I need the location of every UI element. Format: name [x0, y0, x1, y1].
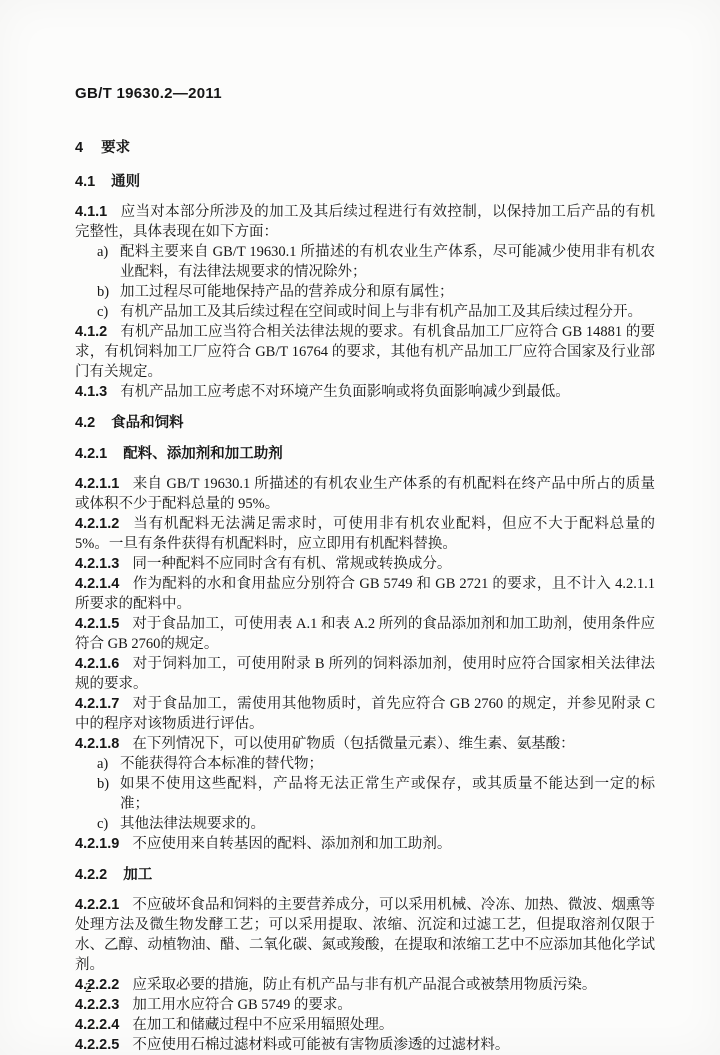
list-marker: c): [97, 814, 120, 834]
clause-text: 不能获得符合本标准的替代物；: [120, 754, 655, 774]
clause-number: 4.2.2.1: [75, 897, 119, 913]
clause-4.2.1.8: 4.2.1.8在下列情况下，可以使用矿物质（包括微量元素）、维生素、氨基酸：: [75, 734, 655, 754]
clause-text: 有机产品加工及其后续过程在空间或时间上与非有机产品加工及其后续过程分开。: [120, 302, 655, 322]
list-item-a: a)不能获得符合本标准的替代物；: [75, 754, 655, 774]
clause-4.2.2.5: 4.2.2.5不应使用石棉过滤材料或可能被有害物质渗透的过滤材料。: [75, 1035, 655, 1055]
clause-number: 4.1.2: [75, 324, 107, 340]
clause-number: 4.2.1.4: [75, 576, 119, 592]
clause-4.2.1.3: 4.2.1.3同一种配料不应同时含有有机、常规或转换成分。: [75, 554, 655, 574]
clause-text: 有机产品加工应考虑不对环境产生负面影响或将负面影响减少到最低。: [120, 384, 570, 400]
clause-number: 4.2.1.9: [75, 836, 119, 852]
clause-text: 同一种配料不应同时含有有机、常规或转换成分。: [132, 556, 451, 572]
clause-4.1.1: 4.1.1应当对本部分所涉及的加工及其后续过程进行有效控制，以保持加工后产品的有…: [75, 202, 655, 242]
heading-4.1: 4.1通则: [75, 172, 655, 192]
clause-number: 4.2: [75, 415, 95, 431]
list-marker: b): [97, 282, 120, 302]
clause-number: 4.2.2.4: [75, 1017, 119, 1033]
clause-number: 4.2.1.2: [75, 516, 119, 532]
clause-number: 4.2.1.3: [75, 556, 119, 572]
clause-4.2.2.1: 4.2.2.1不应破坏食品和饲料的主要营养成分，可以采用机械、冷冻、加热、微波、…: [75, 895, 655, 975]
clause-text: 对于饲料加工，可使用附录 B 所列的饲料添加剂，使用时应符合国家相关法律法规的要…: [75, 656, 655, 692]
clause-text: 不应使用来自转基因的配料、添加剂和加工助剂。: [132, 836, 451, 852]
clause-text: 加工用水应符合 GB 5749 的要求。: [132, 997, 352, 1013]
clause-number: 4.2.2: [75, 867, 107, 883]
document-body: 4要求4.1通则4.1.1应当对本部分所涉及的加工及其后续过程进行有效控制，以保…: [75, 138, 655, 1055]
clause-4.2.1.1: 4.2.1.1来自 GB/T 19630.1 所描述的有机农业生产体系的有机配料…: [75, 474, 655, 514]
clause-4.2.1.5: 4.2.1.5对于食品加工，可使用表 A.1 和表 A.2 所列的食品添加剂和加…: [75, 614, 655, 654]
standard-number-header: GB/T 19630.2—2011: [75, 84, 655, 104]
clause-number: 4.1.3: [75, 384, 107, 400]
clause-number: 4.2.2.3: [75, 997, 119, 1013]
clause-text: 来自 GB/T 19630.1 所描述的有机农业生产体系的有机配料在终产品中所占…: [75, 476, 655, 512]
list-marker: c): [97, 302, 120, 322]
clause-text: 应当对本部分所涉及的加工及其后续过程进行有效控制，以保持加工后产品的有机完整性，…: [75, 204, 655, 240]
list-item-c: c)有机产品加工及其后续过程在空间或时间上与非有机产品加工及其后续过程分开。: [75, 302, 655, 322]
heading-text: 配料、添加剂和加工助剂: [123, 446, 283, 462]
clause-4.2.2.3: 4.2.2.3加工用水应符合 GB 5749 的要求。: [75, 995, 655, 1015]
clause-text: 有机产品加工应当符合相关法律法规的要求。有机食品加工厂应符合 GB 14881 …: [75, 324, 655, 380]
list-marker: a): [97, 754, 120, 774]
clause-number: 4.2.1.6: [75, 656, 119, 672]
clause-number: 4: [75, 140, 83, 156]
clause-number: 4.2.1.1: [75, 476, 119, 492]
heading-4.2: 4.2食品和饲料: [75, 413, 655, 433]
clause-text: 不应使用石棉过滤材料或可能被有害物质渗透的过滤材料。: [132, 1037, 509, 1053]
clause-text: 如果不使用这些配料，产品将无法正常生产或保存，或其质量不能达到一定的标准；: [120, 774, 655, 814]
list-marker: b): [97, 774, 120, 814]
clause-text: 其他法律法规要求的。: [120, 814, 655, 834]
clause-text: 不应破坏食品和饲料的主要营养成分，可以采用机械、冷冻、加热、微波、烟熏等处理方法…: [75, 897, 655, 973]
list-marker: a): [97, 242, 120, 282]
heading-text: 要求: [101, 140, 130, 156]
clause-number: 4.2.2.5: [75, 1037, 119, 1053]
clause-4.1.2: 4.1.2有机产品加工应当符合相关法律法规的要求。有机食品加工厂应符合 GB 1…: [75, 322, 655, 382]
heading-4.2.2: 4.2.2加工: [75, 865, 655, 885]
clause-number: 4.2.1: [75, 446, 107, 462]
clause-number: 4.2.1.5: [75, 616, 119, 632]
list-item-c: c)其他法律法规要求的。: [75, 814, 655, 834]
clause-text: 当有机配料无法满足需求时，可使用非有机农业配料，但应不大于配料总量的 5%。一旦…: [75, 516, 655, 552]
clause-4.2.1.2: 4.2.1.2当有机配料无法满足需求时，可使用非有机农业配料，但应不大于配料总量…: [75, 514, 655, 554]
clause-number: 4.1: [75, 174, 95, 190]
clause-number: 4.2.1.8: [75, 736, 119, 752]
page-number: 2: [85, 978, 92, 998]
clause-4.2.1.4: 4.2.1.4作为配料的水和食用盐应分别符合 GB 5749 和 GB 2721…: [75, 574, 655, 614]
clause-4.2.1.7: 4.2.1.7对于食品加工，需使用其他物质时，首先应符合 GB 2760 的规定…: [75, 694, 655, 734]
list-item-a: a)配料主要来自 GB/T 19630.1 所描述的有机农业生产体系，尽可能减少…: [75, 242, 655, 282]
clause-4.2.2.4: 4.2.2.4在加工和储藏过程中不应采用辐照处理。: [75, 1015, 655, 1035]
heading-4: 4要求: [75, 138, 655, 158]
clause-text: 加工过程尽可能地保持产品的营养成分和原有属性；: [120, 282, 655, 302]
heading-text: 食品和饲料: [111, 415, 184, 431]
heading-text: 通则: [111, 174, 140, 190]
clause-number: 4.1.1: [75, 204, 107, 220]
clause-text: 对于食品加工，需使用其他物质时，首先应符合 GB 2760 的规定，并参见附录 …: [75, 696, 655, 732]
document-page: GB/T 19630.2—2011 4要求4.1通则4.1.1应当对本部分所涉及…: [0, 0, 720, 1055]
clause-4.2.1.9: 4.2.1.9不应使用来自转基因的配料、添加剂和加工助剂。: [75, 834, 655, 854]
clause-text: 应采取必要的措施，防止有机产品与非有机产品混合或被禁用物质污染。: [132, 977, 596, 993]
clause-4.2.2.2: 4.2.2.2应采取必要的措施，防止有机产品与非有机产品混合或被禁用物质污染。: [75, 975, 655, 995]
heading-text: 加工: [123, 867, 152, 883]
clause-text: 在下列情况下，可以使用矿物质（包括微量元素）、维生素、氨基酸：: [132, 736, 574, 752]
clause-text: 在加工和储藏过程中不应采用辐照处理。: [132, 1017, 393, 1033]
clause-4.2.1.6: 4.2.1.6对于饲料加工，可使用附录 B 所列的饲料添加剂，使用时应符合国家相…: [75, 654, 655, 694]
clause-4.1.3: 4.1.3有机产品加工应考虑不对环境产生负面影响或将负面影响减少到最低。: [75, 382, 655, 402]
clause-number: 4.2.2.2: [75, 977, 119, 993]
list-item-b: b)加工过程尽可能地保持产品的营养成分和原有属性；: [75, 282, 655, 302]
clause-text: 作为配料的水和食用盐应分别符合 GB 5749 和 GB 2721 的要求，且不…: [75, 576, 655, 612]
clause-number: 4.2.1.7: [75, 696, 119, 712]
list-item-b: b)如果不使用这些配料，产品将无法正常生产或保存，或其质量不能达到一定的标准；: [75, 774, 655, 814]
heading-4.2.1: 4.2.1配料、添加剂和加工助剂: [75, 444, 655, 464]
clause-text: 对于食品加工，可使用表 A.1 和表 A.2 所列的食品添加剂和加工助剂，使用条…: [75, 616, 655, 652]
clause-text: 配料主要来自 GB/T 19630.1 所描述的有机农业生产体系，尽可能减少使用…: [120, 242, 655, 282]
